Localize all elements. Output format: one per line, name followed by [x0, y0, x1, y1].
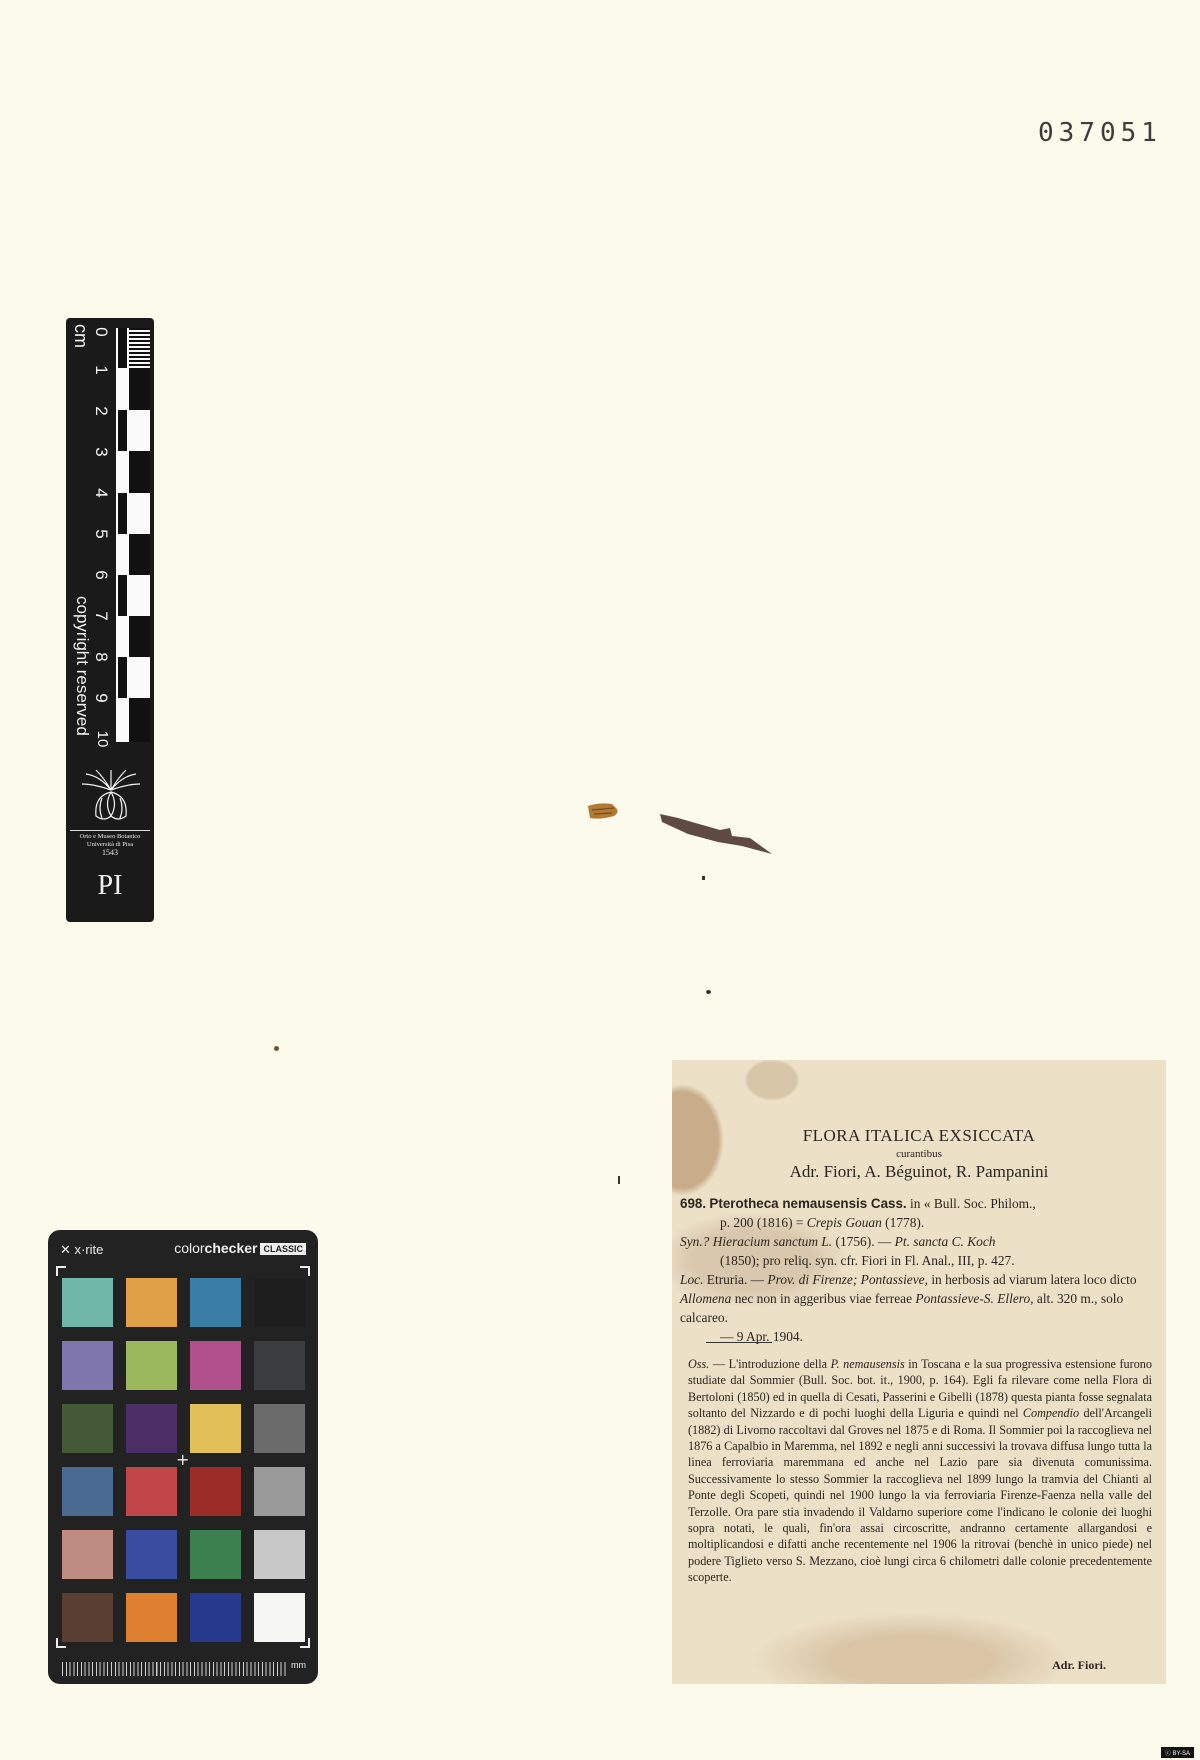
ruler-tick: 3: [91, 441, 111, 463]
color-patch: [254, 1341, 305, 1390]
scale-ruler: cm 0 1 2 3 4 5 6 7 8 9 10 copyrig: [66, 318, 154, 922]
specimen-label: FLORA ITALICA EXSICCATA curantibus Adr. …: [672, 1060, 1166, 1684]
ruler-tick: 0: [91, 321, 111, 343]
citation: in « Bull. Soc. Philom.,: [910, 1196, 1036, 1211]
label-title: FLORA ITALICA EXSICCATA: [672, 1126, 1166, 1146]
collection-date: — 9 Apr. 1904.: [680, 1327, 1154, 1346]
debris-speck: [618, 1176, 620, 1184]
color-patch: [190, 1341, 241, 1390]
ruler-tick: 2: [91, 400, 111, 422]
xrite-icon: ✕: [60, 1242, 75, 1257]
observation-note: Oss. — L'introduzione della P. nemausens…: [688, 1356, 1152, 1586]
license-badge: ⓒ BY-SA: [1161, 1747, 1194, 1758]
color-patch: [126, 1341, 177, 1390]
ruler-tick: 6: [91, 564, 111, 586]
color-patch: [190, 1404, 241, 1453]
plant-fragment-stem: [658, 812, 774, 858]
colorchecker-title: colorcheckerCLASSIC: [174, 1240, 306, 1256]
colorchecker-card: ✕ x·rite colorcheckerCLASSIC + mm: [48, 1230, 318, 1684]
ruler-tick: 10: [91, 728, 111, 750]
herbarium-sheet: 037051 cm 0 1 2 3 4 5 6 7 8 9 10: [0, 0, 1200, 1760]
debris-speck: [702, 876, 705, 880]
color-patch: [62, 1278, 113, 1327]
copyright-text: copyright reserved: [72, 596, 92, 736]
ruler-tick: 1: [91, 359, 111, 381]
ruler-tick: 9: [91, 687, 111, 709]
mm-scale: [62, 1662, 288, 1676]
color-patch: [126, 1530, 177, 1579]
color-patch: [62, 1593, 113, 1642]
cc-icon: ⓒ: [1165, 1751, 1173, 1757]
plant-fragment-small: [586, 800, 626, 822]
color-patch: [190, 1530, 241, 1579]
color-patch: [126, 1278, 177, 1327]
color-patch: [62, 1467, 113, 1516]
crosshair-icon: +: [176, 1450, 189, 1469]
crop-mark-icon: [300, 1266, 310, 1276]
ruler-scale-bar: [116, 328, 150, 742]
color-patch: [190, 1278, 241, 1327]
label-authors: Adr. Fiori, A. Béguinot, R. Pampanini: [672, 1162, 1166, 1182]
divider: [706, 1342, 772, 1343]
color-patch: [62, 1341, 113, 1390]
synonym: Pt. sancta C. Koch: [895, 1234, 996, 1249]
locality-region: Etruria. —: [707, 1272, 764, 1287]
herbarium-code: PI: [66, 870, 154, 902]
ruler-unit-label: cm: [70, 324, 91, 348]
catalog-number: 037051: [1038, 118, 1162, 148]
color-patch: [126, 1404, 177, 1453]
color-patch: [254, 1467, 305, 1516]
taxon-entry: 698. Pterotheca nemausensis Cass. in « B…: [680, 1194, 1154, 1346]
entry-number: 698.: [680, 1196, 706, 1211]
crop-mark-icon: [56, 1266, 66, 1276]
color-patch: [190, 1593, 241, 1642]
ruler-tick: 7: [91, 605, 111, 627]
fritillaria-logo-icon: [80, 768, 142, 824]
color-patch: [254, 1530, 305, 1579]
ruler-tick: 5: [91, 523, 111, 545]
ruler-tick: 8: [91, 646, 111, 668]
color-patch: [254, 1593, 305, 1642]
ruler-tick: 4: [91, 482, 111, 504]
color-patch: [254, 1404, 305, 1453]
debris-speck: [274, 1046, 279, 1051]
label-curantibus: curantibus: [672, 1148, 1166, 1160]
xrite-logo: ✕ x·rite: [60, 1242, 103, 1258]
color-patch: [62, 1530, 113, 1579]
label-signature: Adr. Fiori.: [1052, 1658, 1106, 1673]
color-patch: [126, 1593, 177, 1642]
taxon-name: Pterotheca nemausensis Cass.: [709, 1196, 906, 1211]
institution-name: Orto e Museo Botanico Università di Pisa…: [70, 830, 150, 857]
debris-speck: [706, 990, 711, 994]
color-patch: [62, 1404, 113, 1453]
synonym: Hieracium sanctum L.: [713, 1234, 832, 1249]
color-patch: [126, 1467, 177, 1516]
synonym: Crepis Gouan: [807, 1215, 882, 1230]
color-patch: [254, 1278, 305, 1327]
color-patch: [190, 1467, 241, 1516]
mm-unit-label: mm: [291, 1660, 306, 1670]
